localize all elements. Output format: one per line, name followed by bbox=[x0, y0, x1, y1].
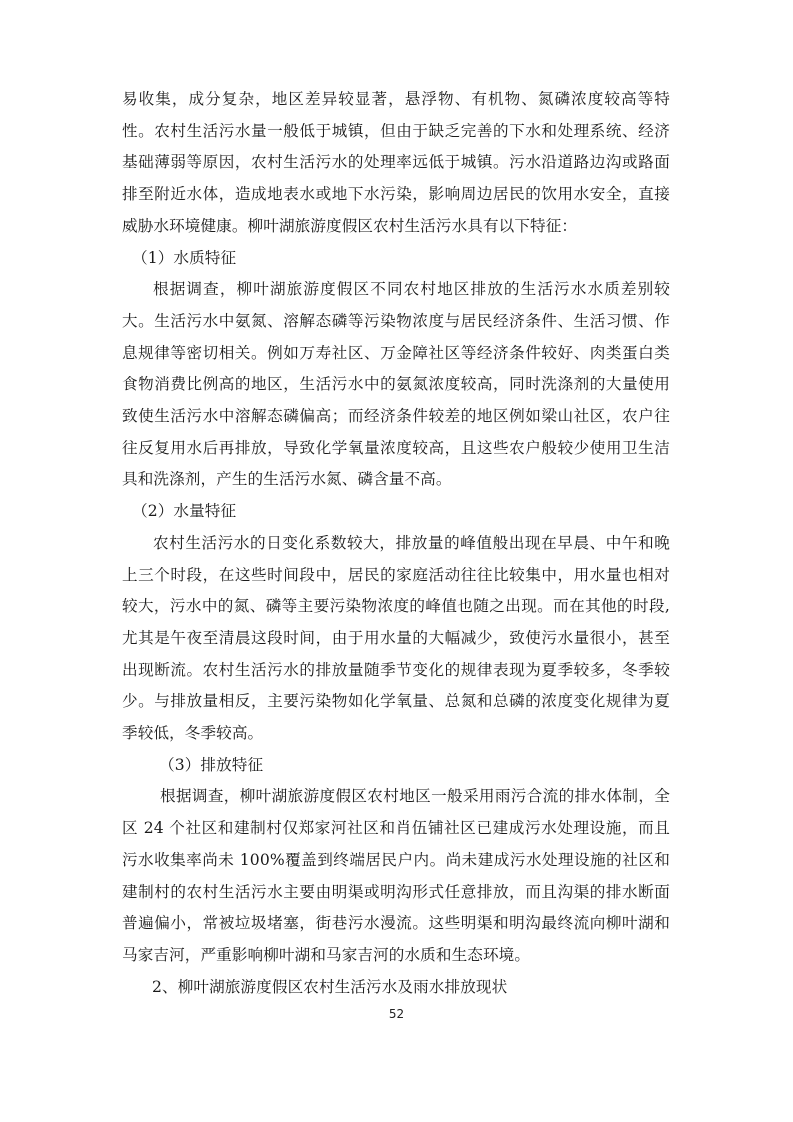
paragraph-water-quality: 根据调查，柳叶湖旅游度假区不同农村地区排放的生活污水水质差别较大。生活污水中氨氮… bbox=[122, 274, 670, 496]
paragraph-water-volume: 农村生活污水的日变化系数较大，排放量的峰值般出现在早晨、中午和晚上三个时段，在这… bbox=[122, 528, 670, 750]
section-heading-2: 2、柳叶湖旅游度假区农村生活污水及雨水排放现状 bbox=[122, 972, 670, 1004]
subheading-water-volume: （2）水量特征 bbox=[122, 496, 670, 528]
paragraph-intro-continuation: 易收集，成分复杂，地区差异较显著，悬浮物、有机物、氮磷浓度较高等特性。农村生活污… bbox=[122, 84, 670, 243]
subheading-discharge: （3）排放特征 bbox=[122, 750, 670, 782]
subheading-water-quality: （1）水质特征 bbox=[122, 243, 670, 275]
paragraph-discharge: 根据调查，柳叶湖旅游度假区农村地区一般采用雨污合流的排水体制，全区 24 个社区… bbox=[122, 781, 670, 971]
document-page: 易收集，成分复杂，地区差异较显著，悬浮物、有机物、氮磷浓度较高等特性。农村生活污… bbox=[122, 84, 670, 1003]
page-number: 52 bbox=[0, 1007, 793, 1021]
